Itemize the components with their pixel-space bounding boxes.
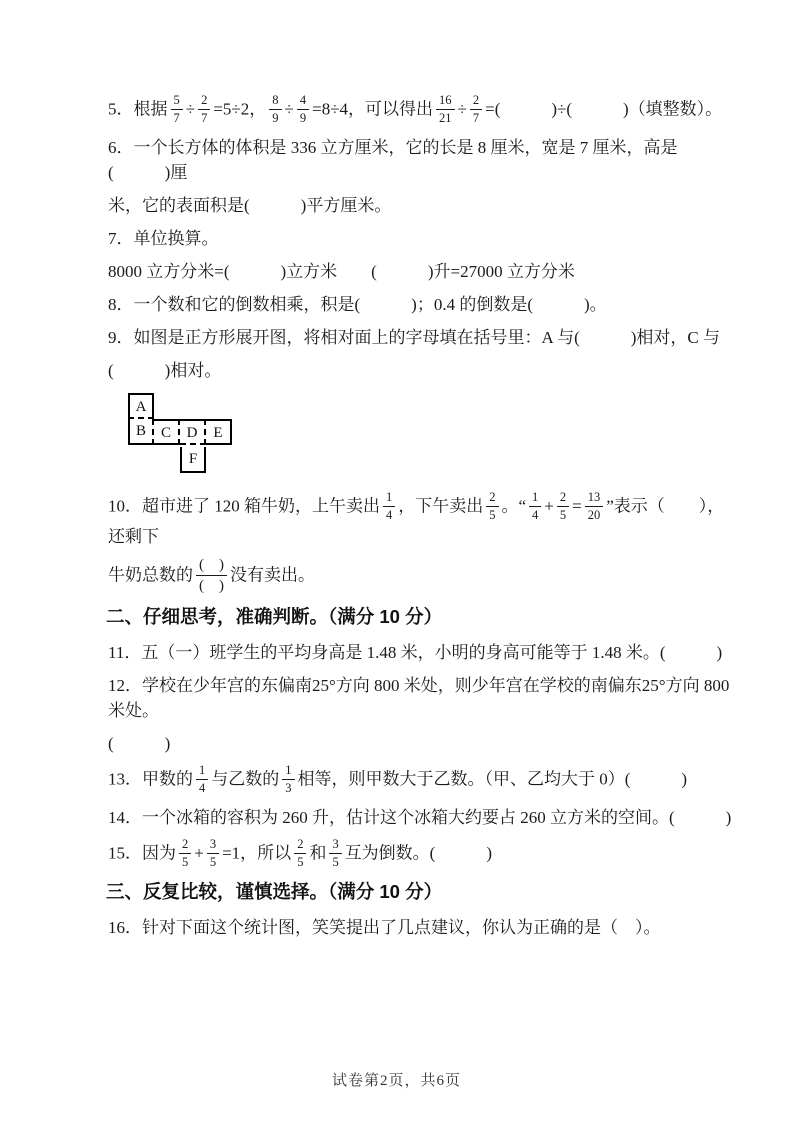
net-cell-b: B bbox=[128, 419, 154, 445]
net-cell-a: A bbox=[128, 393, 154, 419]
fraction-denominator: 3 bbox=[282, 780, 294, 796]
question-line: 7．单位换算。 bbox=[108, 226, 736, 251]
fraction-denominator: 21 bbox=[436, 110, 455, 126]
text-run: 8．一个数和它的倒数相乘，积是( )；0.4 的倒数是( )。 bbox=[108, 295, 607, 314]
text-run: 7．单位换算。 bbox=[108, 229, 219, 248]
fraction: 1621 bbox=[436, 93, 455, 126]
fraction-numerator: 2 bbox=[179, 837, 191, 854]
text-run: ÷ bbox=[285, 99, 294, 118]
question-line: 5．根据57÷27=5÷2，89÷49=8÷4，可以得出1621÷27=( )÷… bbox=[108, 94, 736, 127]
text-run: 互为倒数。( ) bbox=[345, 843, 492, 862]
question-line: 9．如图是正方形展开图，将相对面上的字母填在括号里：A 与( )相对，C 与 bbox=[108, 325, 736, 350]
text-run: 相等，则甲数大于乙数。（甲、乙均大于 0）( ) bbox=[298, 769, 688, 788]
text-run: 11．五（一）班学生的平均身高是 1.48 米，小明的身高可能等于 1.48 米… bbox=[108, 643, 722, 662]
text-run: 牛奶总数的 bbox=[108, 565, 193, 584]
fraction-numerator: 5 bbox=[171, 93, 183, 110]
text-run: 6．一个长方体的体积是 336 立方厘米，它的长是 8 厘米，宽是 7 厘米，高… bbox=[108, 138, 678, 182]
fraction-numerator: 1 bbox=[529, 490, 541, 507]
fraction-denominator: 20 bbox=[585, 507, 604, 523]
question-line: 14．一个冰箱的容积为 260 升，估计这个冰箱大约要占 260 立方米的空间。… bbox=[108, 805, 736, 830]
question-line: 11．五（一）班学生的平均身高是 1.48 米，小明的身高可能等于 1.48 米… bbox=[108, 640, 736, 665]
text-run: 13．甲数的 bbox=[108, 769, 193, 788]
exam-page: { "document": { "title": "数学试卷 第2页", "fo… bbox=[0, 0, 793, 1122]
text-run: 与乙数的 bbox=[211, 769, 279, 788]
net-cell-d: D bbox=[180, 419, 206, 445]
fraction: 14 bbox=[529, 490, 541, 523]
question-line: 10．超市进了 120 箱牛奶，上午卖出14，下午卖出25。“14+25=132… bbox=[108, 491, 736, 549]
section-heading: 三、反复比较，谨慎选择。（满分 10 分） bbox=[106, 879, 736, 905]
text-run: + bbox=[544, 496, 554, 515]
fraction: 25 bbox=[294, 837, 306, 870]
text-run: ( )相对。 bbox=[108, 361, 221, 380]
fraction-denominator: ( ) bbox=[196, 576, 227, 595]
text-run: 没有卖出。 bbox=[230, 565, 315, 584]
question-line: 13．甲数的14与乙数的13相等，则甲数大于乙数。（甲、乙均大于 0）( ) bbox=[108, 764, 736, 797]
question-line: ( ) bbox=[108, 731, 736, 756]
fraction-numerator: 3 bbox=[207, 837, 219, 854]
fraction-numerator: 2 bbox=[198, 93, 210, 110]
text-run: =5÷2， bbox=[213, 99, 266, 118]
text-run: ，下午卖出 bbox=[398, 496, 483, 515]
text-run: 12．学校在少年宫的东偏南25°方向 800 米处，则少年宫在学校的南偏东25°… bbox=[108, 676, 734, 720]
fraction: 1320 bbox=[585, 490, 604, 523]
fraction: 25 bbox=[486, 490, 498, 523]
fraction-denominator: 9 bbox=[269, 110, 281, 126]
text-run: ( ) bbox=[108, 734, 170, 753]
fraction: 27 bbox=[198, 93, 210, 126]
text-run: 15．因为 bbox=[108, 843, 176, 862]
text-run: 5．根据 bbox=[108, 99, 168, 118]
fraction-numerator: 2 bbox=[470, 93, 482, 110]
question-line: 8．一个数和它的倒数相乘，积是( )；0.4 的倒数是( )。 bbox=[108, 292, 736, 317]
text-run: 9．如图是正方形展开图，将相对面上的字母填在括号里：A 与( )相对，C 与 bbox=[108, 328, 720, 347]
question-line: 米，它的表面积是( )平方厘米。 bbox=[108, 193, 736, 218]
net-cell-e: E bbox=[206, 419, 232, 445]
fraction-denominator: 4 bbox=[383, 507, 395, 523]
fraction-denominator: 5 bbox=[329, 854, 341, 870]
fraction-numerator: 2 bbox=[486, 490, 498, 507]
text-run: 10．超市进了 120 箱牛奶，上午卖出 bbox=[108, 496, 380, 515]
fraction-numerator: 16 bbox=[436, 93, 455, 110]
page-footer: 试卷第2页，共6页 bbox=[0, 1069, 793, 1090]
fraction-denominator: 9 bbox=[297, 110, 309, 126]
text-run: ÷ bbox=[458, 99, 467, 118]
text-run: 米，它的表面积是( )平方厘米。 bbox=[108, 196, 391, 215]
fraction-denominator: 4 bbox=[529, 507, 541, 523]
text-run: = bbox=[572, 496, 582, 515]
text-run: + bbox=[194, 843, 204, 862]
fraction: 25 bbox=[557, 490, 569, 523]
net-cell-c: C bbox=[154, 419, 180, 445]
fraction-denominator: 5 bbox=[486, 507, 498, 523]
fraction: 35 bbox=[207, 837, 219, 870]
question-line: 牛奶总数的( )( )没有卖出。 bbox=[108, 557, 736, 596]
text-run: ÷ bbox=[186, 99, 195, 118]
fraction-numerator: 8 bbox=[269, 93, 281, 110]
fraction-denominator: 4 bbox=[196, 780, 208, 796]
fraction-numerator: 13 bbox=[585, 490, 604, 507]
question-line: ( )相对。 bbox=[108, 358, 736, 383]
fraction-numerator: 2 bbox=[294, 837, 306, 854]
question-line: 12．学校在少年宫的东偏南25°方向 800 米处，则少年宫在学校的南偏东25°… bbox=[108, 673, 736, 723]
fraction-numerator: 1 bbox=[282, 763, 294, 780]
text-run: 。“ bbox=[502, 496, 527, 515]
fraction-denominator: 5 bbox=[294, 854, 306, 870]
fraction: 57 bbox=[171, 93, 183, 126]
fraction-numerator: 1 bbox=[383, 490, 395, 507]
fraction: 49 bbox=[297, 93, 309, 126]
fraction-denominator: 5 bbox=[179, 854, 191, 870]
cube-net-figure: A B C D E F bbox=[128, 393, 268, 475]
fraction-numerator: 1 bbox=[196, 763, 208, 780]
fraction: 14 bbox=[383, 490, 395, 523]
text-run: 14．一个冰箱的容积为 260 升，估计这个冰箱大约要占 260 立方米的空间。… bbox=[108, 808, 731, 827]
text-run: 16．针对下面这个统计图，笑笑提出了几点建议，你认为正确的是（ ）。 bbox=[108, 918, 661, 937]
fraction-denominator: 7 bbox=[470, 110, 482, 126]
fraction-denominator: 7 bbox=[198, 110, 210, 126]
fraction-denominator: 5 bbox=[207, 854, 219, 870]
net-cell-f: F bbox=[180, 447, 206, 473]
text-run: 8000 立方分米=( )立方米 ( )升=27000 立方分米 bbox=[108, 262, 575, 281]
fraction: ( )( ) bbox=[196, 556, 227, 595]
fraction: 14 bbox=[196, 763, 208, 796]
text-run: =( )÷( )（填整数）。 bbox=[485, 99, 722, 118]
fraction-numerator: 4 bbox=[297, 93, 309, 110]
fraction: 89 bbox=[269, 93, 281, 126]
section-heading: 二、仔细思考，准确判断。（满分 10 分） bbox=[106, 604, 736, 630]
fraction: 27 bbox=[470, 93, 482, 126]
text-run: 和 bbox=[309, 843, 326, 862]
question-line: 8000 立方分米=( )立方米 ( )升=27000 立方分米 bbox=[108, 259, 736, 284]
fraction: 25 bbox=[179, 837, 191, 870]
text-run: =1，所以 bbox=[222, 843, 291, 862]
fraction: 13 bbox=[282, 763, 294, 796]
question-list: 5．根据57÷27=5÷2，89÷49=8÷4，可以得出1621÷27=( )÷… bbox=[108, 94, 736, 948]
fraction-numerator: 2 bbox=[557, 490, 569, 507]
text-run: =8÷4，可以得出 bbox=[312, 99, 433, 118]
question-line: 16．针对下面这个统计图，笑笑提出了几点建议，你认为正确的是（ ）。 bbox=[108, 915, 736, 940]
fraction: 35 bbox=[329, 837, 341, 870]
question-line: 6．一个长方体的体积是 336 立方厘米，它的长是 8 厘米，宽是 7 厘米，高… bbox=[108, 135, 736, 185]
question-line: 15．因为25+35=1，所以25和35互为倒数。( ) bbox=[108, 838, 736, 871]
fraction-denominator: 7 bbox=[171, 110, 183, 126]
fraction-numerator: 3 bbox=[329, 837, 341, 854]
fraction-denominator: 5 bbox=[557, 507, 569, 523]
fraction-numerator: ( ) bbox=[196, 556, 227, 576]
